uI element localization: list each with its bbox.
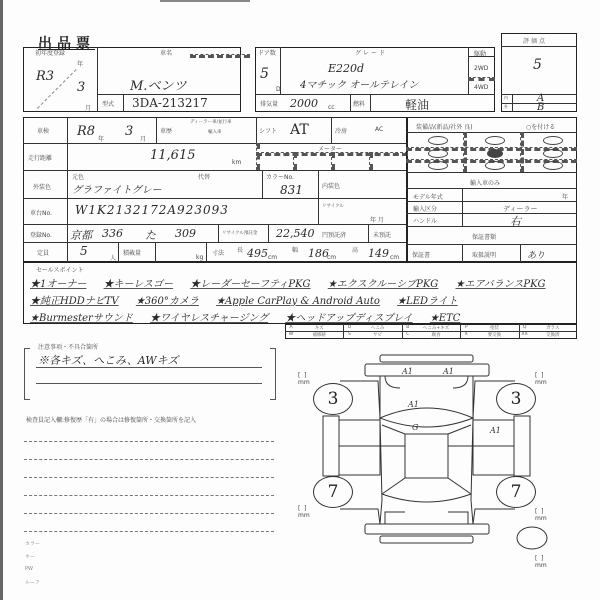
chassis-label: 車台No.: [30, 208, 52, 217]
tire-depth-rr: [ ]mm: [535, 508, 547, 522]
sales-points-row-1: ★1オーナー ★キーレスゴー ★レーダーセーフティPKG ★エクスクルーシブPK…: [30, 275, 560, 290]
divider: [268, 224, 269, 242]
divider: [262, 170, 263, 198]
legend-code: W: [287, 332, 295, 337]
plate-kana: た: [145, 227, 156, 243]
mileage-label: 走行距離: [28, 153, 52, 162]
divider: [36, 367, 262, 368]
history-sub: 輸入車: [208, 129, 222, 135]
warranty-label: 保証書類: [472, 232, 496, 241]
plate-number: 309: [175, 227, 196, 240]
aircon-label: 冷房: [335, 126, 347, 135]
equipment-label: 装備品(新品/社外 良): [416, 122, 473, 131]
divider: [67, 117, 68, 262]
capacity-value: 5: [80, 244, 88, 258]
divider: [406, 172, 577, 173]
divider: [350, 94, 351, 112]
handle-label: ハンドル: [413, 216, 437, 225]
divider: [406, 132, 577, 133]
divider: [24, 531, 274, 532]
bracket-left: [24, 348, 30, 400]
divider: [190, 54, 250, 58]
chassis-recycle-label: リサイクル: [322, 203, 344, 209]
legend-meaning: 補修跡: [297, 332, 341, 338]
damage-mark: G: [412, 423, 419, 432]
grade-label: グレード: [355, 48, 387, 57]
sales-points-row-3: ★Burmesterサウンド ★ワイヤレスチャージング ★ヘッドアップディスプレ…: [30, 309, 474, 324]
shift-value: AT: [290, 122, 309, 138]
sales-point: ★ETC: [430, 313, 461, 324]
inspection-month: 3: [125, 124, 133, 139]
tire-depth-spare: [ ]mm: [535, 555, 547, 569]
chassis-recycle-unit: 年 月: [370, 215, 384, 224]
equipment-circle-7[interactable]: [428, 161, 448, 170]
divider: [24, 477, 274, 478]
tire-depth-rl: [ ]mm: [298, 505, 310, 519]
divider: [23, 198, 408, 199]
legend-code: A: [287, 325, 295, 330]
mileage-unit: km: [232, 159, 241, 166]
drive-2wd[interactable]: 2WD: [474, 65, 488, 72]
legend-meaning: へこみ+キズ: [414, 325, 458, 331]
divider: [462, 188, 463, 226]
legend-code: X: [462, 332, 470, 337]
legend-meaning: サビ: [355, 332, 399, 338]
legend-meaning: ガラス: [531, 325, 575, 331]
equipment-instruction: ○を付ける: [526, 122, 555, 131]
legend-code: C: [404, 332, 412, 337]
equipment-circle-2[interactable]: [485, 136, 505, 145]
legend-meaning: 腐食: [414, 332, 458, 338]
bottom-label-pw: PW: [25, 566, 33, 572]
doors-label: ドア数: [258, 48, 276, 57]
model-year-unit: 年: [562, 192, 568, 201]
sales-point: ★エクスクルーシブPKG: [328, 279, 439, 290]
change-color-label: 代替: [198, 172, 210, 181]
recycle-fee-label: リサイクル預託金: [222, 230, 257, 236]
sales-point: ★Apple CarPlay & Android Auto: [216, 296, 380, 307]
divider: [255, 94, 495, 95]
divider: [97, 94, 241, 95]
divider: [406, 188, 577, 189]
equipment-circle-3[interactable]: [543, 136, 563, 145]
length-label: 長: [237, 245, 243, 254]
divider: [118, 242, 119, 262]
legend-code: Q: [521, 325, 529, 330]
fuel-label: 燃料: [353, 99, 365, 108]
damage-mark: A1: [442, 367, 454, 376]
doors-unit: D: [276, 86, 281, 93]
grade-line1: E220d: [328, 62, 364, 75]
capacity-unit: 人: [110, 253, 116, 262]
legend-meaning: 交換済: [531, 332, 575, 338]
mileage-value: 11,615: [150, 148, 196, 163]
divider: [23, 224, 408, 225]
fuel-value: 軽油: [405, 96, 429, 113]
aircon-value: AC: [375, 126, 383, 133]
divider: [256, 117, 257, 143]
damage-mark: A1: [407, 400, 419, 409]
tire-rear-right[interactable]: 7: [496, 476, 536, 508]
manual-label: 取扱説明: [472, 250, 496, 259]
divider: [206, 242, 207, 262]
divider: [406, 213, 577, 214]
inspection-year: R8: [77, 124, 95, 139]
divider: [218, 224, 219, 242]
divider: [331, 152, 335, 170]
bottom-label-roof: ルーフ: [25, 579, 40, 586]
divider: [343, 324, 344, 339]
interior-color-label: 内装色: [322, 181, 340, 190]
sales-point: ★キーレスゴー: [104, 279, 174, 290]
divider: [24, 459, 274, 460]
car-name-label: 車名: [160, 48, 172, 57]
warranty-book-label: 保証書: [412, 250, 430, 259]
bracket-right: [270, 348, 276, 400]
divider: [156, 117, 157, 143]
width-label: 幅: [292, 245, 298, 254]
plate-label: 登録No.: [30, 230, 52, 239]
orig-color-label: 元色: [72, 172, 84, 181]
legend-code: U: [345, 325, 353, 330]
divider: [370, 94, 371, 112]
model-code-label: 型式: [102, 99, 114, 108]
divider: [331, 117, 332, 143]
width-unit: cm: [327, 254, 336, 261]
sales-points-row-2: ★純正HDDナビTV ★360°カメラ ★Apple CarPlay & And…: [30, 292, 472, 307]
notes-value: ※各キズ、へこみ、AWキズ: [38, 352, 178, 368]
score-value: 5: [533, 57, 542, 73]
legend-meaning: キズ: [297, 325, 341, 331]
damage-mark: A1: [489, 426, 501, 435]
manual-value: あり: [527, 248, 545, 261]
tire-front-left[interactable]: 3: [313, 383, 353, 415]
legend-meaning: へこみ: [355, 325, 399, 331]
score-label: 評価点: [523, 36, 547, 45]
height-value: 149: [368, 247, 389, 260]
displacement-value: 2000: [290, 97, 318, 110]
sales-point: ★360°カメラ: [136, 296, 199, 307]
import-only-label: 輸入車のみ: [470, 178, 500, 187]
equipment-circle-4[interactable]: [428, 149, 448, 158]
notes-label: 注意事項・不具合箇所: [38, 342, 98, 351]
sales-point: ★エアバランスPKG: [455, 279, 545, 290]
grade-line2: 4マチック オールテレイン: [300, 76, 418, 91]
plate-region: 京都: [70, 227, 92, 243]
equipment-circle-5[interactable]: [487, 149, 503, 158]
divider: [23, 143, 408, 144]
recycle-fee-value: 22,540: [276, 227, 315, 240]
divider: [155, 242, 156, 262]
color-no-label: カラーNo.: [266, 172, 294, 181]
divider: [462, 244, 463, 262]
divider: [468, 77, 495, 81]
plate-class: 336: [102, 227, 123, 240]
length-unit: cm: [268, 254, 277, 261]
tire-front-right[interactable]: 3: [496, 383, 536, 415]
width-value: 186: [308, 247, 329, 260]
model-code-value: 3DA-213217: [132, 96, 208, 110]
shift-label: シフト: [259, 126, 277, 135]
exterior-score: B: [537, 102, 544, 113]
height-unit: cm: [390, 254, 399, 261]
length-value: 495: [247, 247, 268, 260]
inspection-label: 車検: [37, 126, 49, 135]
legend-meaning: 塗装: [472, 325, 516, 331]
divider: [468, 47, 469, 94]
scan-edge: [0, 0, 3, 600]
equipment-circle-8[interactable]: [485, 161, 505, 170]
bottom-label-color: カラー: [25, 540, 40, 547]
divider: [468, 56, 495, 57]
divider: [520, 132, 524, 172]
divider: [256, 143, 260, 170]
auction-sheet: 出品票 初年度登録 R3 年 3 月 車名 M.ベンツ 型式 3DA-21321…: [0, 0, 600, 600]
tire-depth-fl: [ ]mm: [298, 372, 310, 386]
legend-code: P: [462, 325, 470, 330]
inspection-month-unit: 月: [140, 134, 146, 143]
model-year-label: モデル年式: [413, 192, 443, 201]
exterior-label: 外: [504, 104, 508, 110]
bottom-label-key: キー: [25, 553, 35, 560]
divider: [501, 46, 577, 47]
first-registration-label: 初年度登録: [35, 48, 65, 57]
divider: [24, 513, 274, 514]
sales-points-label: セールスポイント: [36, 265, 83, 274]
sales-point: ★ワイヤレスチャージング: [150, 313, 268, 324]
height-label: 高: [352, 245, 358, 254]
divider: [406, 226, 577, 227]
tire-rear-left[interactable]: 7: [313, 476, 353, 508]
color-no-value: 831: [280, 183, 303, 197]
history-label: 車歴: [160, 126, 172, 135]
month-unit: 月: [85, 103, 91, 112]
load-label: 積載量: [123, 248, 141, 257]
recycle-status[interactable]: 未預託: [373, 230, 391, 239]
equipment-circle-1[interactable]: [428, 136, 448, 145]
sales-point: ★LEDライト: [397, 296, 458, 307]
import-type-label: 輸入区分: [413, 204, 437, 213]
divider: [463, 132, 467, 172]
exterior-color-value: グラファイトグレー: [72, 181, 162, 196]
divider: [24, 495, 274, 496]
exterior-color-label: 外装色: [33, 182, 51, 191]
displacement-label: 排気量: [260, 99, 278, 108]
capacity-label: 定員: [37, 248, 49, 257]
sales-point: ★1オーナー: [30, 279, 86, 290]
sales-point: ★純正HDDナビTV: [30, 296, 119, 307]
year-unit: 年: [77, 59, 83, 68]
divider: [369, 152, 373, 170]
load-unit: kg: [196, 254, 203, 261]
chassis-value: W1K2132172A923093: [75, 203, 229, 217]
displacement-unit: cc: [328, 104, 335, 111]
interior-label: 内: [504, 95, 508, 101]
sales-point: ★Burmesterサウンド: [30, 313, 133, 324]
legend-code: B: [404, 325, 412, 330]
inspector-note: 検査員記入欄:修復歴「有」の場合は修復箇所・交換箇所を記入: [26, 415, 196, 424]
divider: [460, 324, 461, 339]
divider: [23, 170, 408, 171]
equipment-circle-9[interactable]: [543, 161, 563, 170]
scan-mark: [160, 0, 250, 2]
dimensions-label: 寸法: [212, 248, 224, 257]
divider: [368, 224, 369, 242]
divider: [36, 383, 262, 384]
inspection-year-unit: 年: [98, 134, 104, 143]
divider: [406, 244, 577, 245]
divider: [519, 324, 520, 339]
divider: [293, 152, 297, 170]
damage-mark: A1: [401, 367, 413, 376]
first-registration-month: 3: [77, 80, 85, 95]
drive-4wd[interactable]: 4WD: [474, 84, 488, 91]
car-name-value: M.ベンツ: [130, 75, 186, 94]
doors-value: 5: [260, 66, 269, 82]
recycle-fee-unit: 円預託済: [322, 230, 346, 239]
tire-depth-fr: [ ]mm: [535, 372, 547, 386]
legend-code: XX: [521, 332, 529, 337]
legend-code: S: [345, 332, 353, 337]
divider: [123, 94, 124, 112]
first-registration-era: R3: [36, 69, 54, 84]
legend-meaning: 要交換: [472, 332, 516, 338]
divider: [520, 244, 521, 262]
equipment-circle-6[interactable]: [543, 149, 563, 158]
sales-point: ★ヘッドアップディスプレイ: [285, 313, 412, 324]
history-note: ディーラー車/並行車: [190, 119, 232, 125]
divider: [24, 441, 274, 442]
divider: [318, 170, 319, 224]
divider: [406, 201, 577, 202]
divider: [512, 94, 513, 112]
sales-point: ★レーダーセーフティPKG: [190, 279, 310, 290]
divider: [402, 324, 403, 339]
